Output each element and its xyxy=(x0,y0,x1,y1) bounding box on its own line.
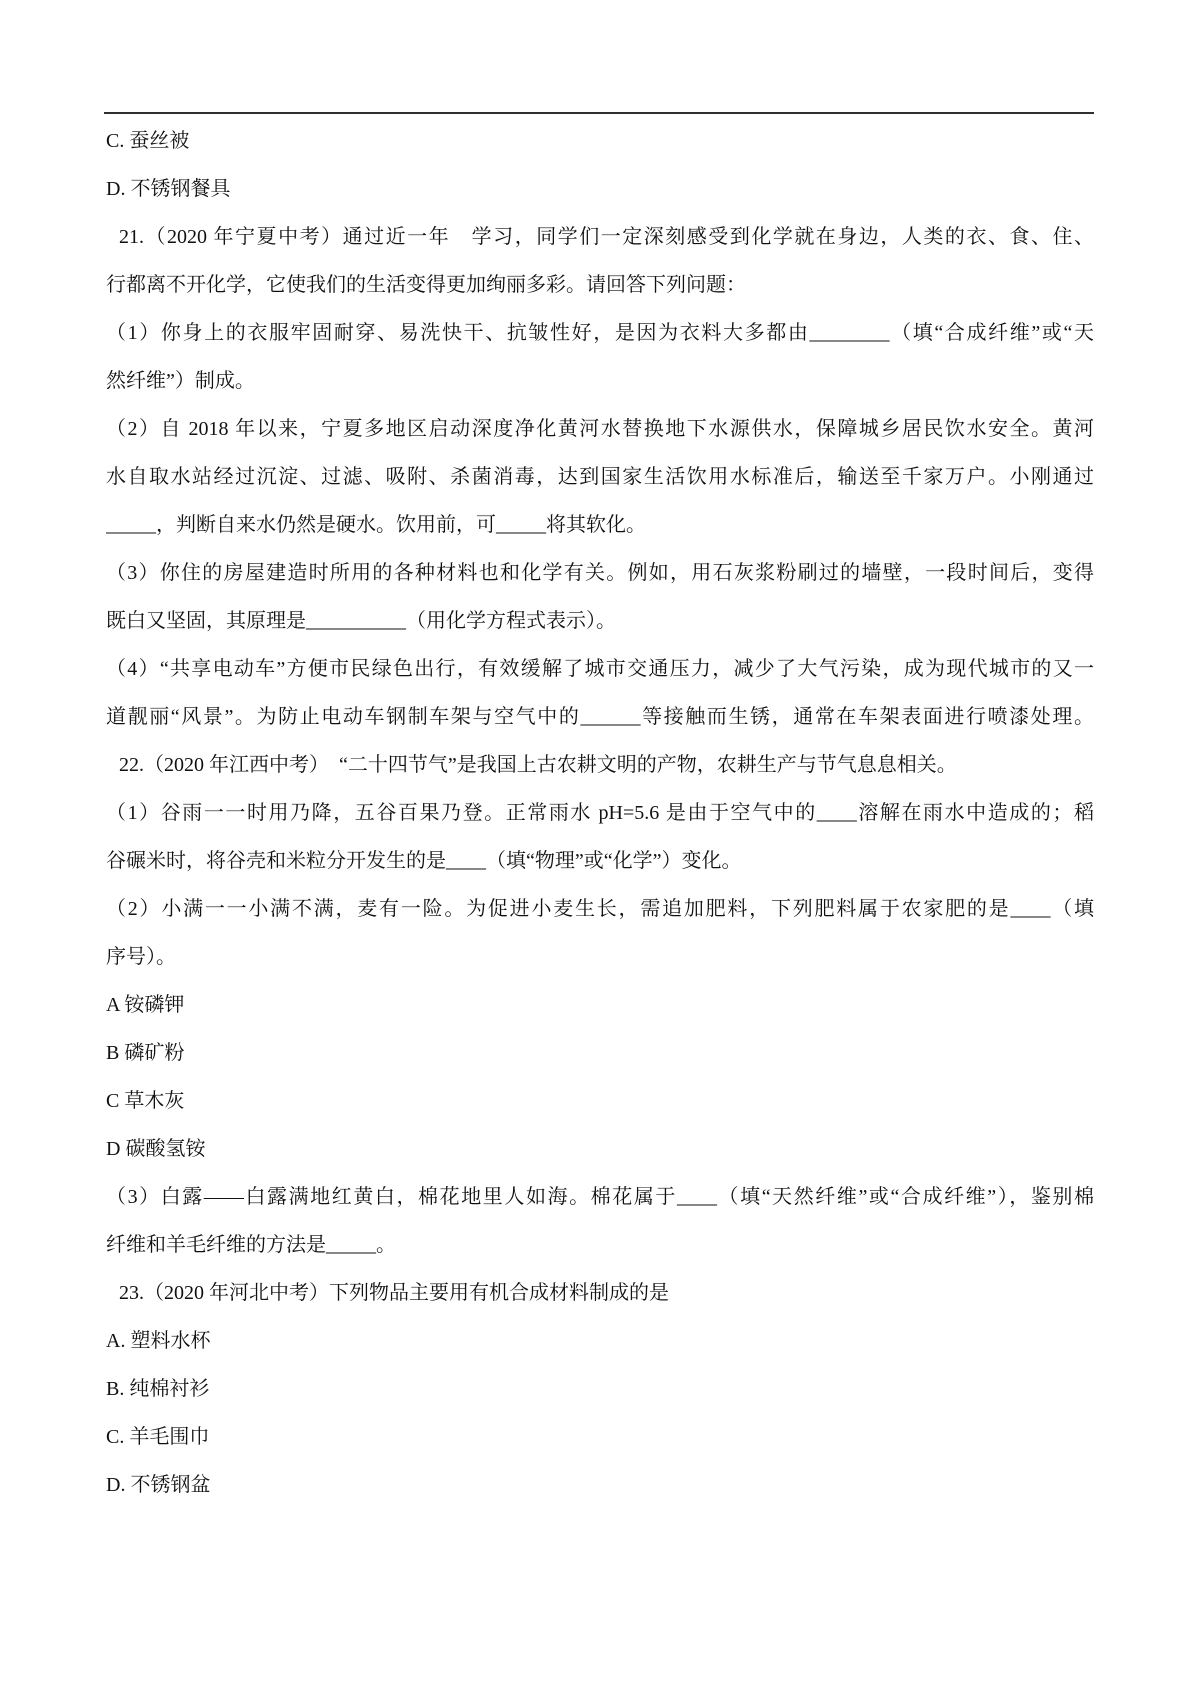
option-c-fertilizer: C 草木灰 xyxy=(106,1077,1094,1125)
question-21-line-2: 行都离不开化学，它使我们的生活变得更加绚丽多彩。请回答下列问题： xyxy=(106,261,1094,309)
exam-document-page: C. 蚕丝被 D. 不锈钢餐具 21.（2020 年宁夏中考）通过近一年 学习，… xyxy=(0,0,1200,1698)
option-a-fertilizer: A 铵磷钾 xyxy=(106,981,1094,1029)
option-b-cotton-shirt: B. 纯棉衬衫 xyxy=(106,1365,1094,1413)
document-content: C. 蚕丝被 D. 不锈钢餐具 21.（2020 年宁夏中考）通过近一年 学习，… xyxy=(106,117,1094,1509)
question-22-part2-line-2: 序号）。 xyxy=(106,933,1094,981)
question-21-part1-line-1: （1）你身上的衣服牢固耐穿、易洗快干、抗皱性好，是因为衣料大多都由_______… xyxy=(106,309,1094,357)
question-22-part3-line-1: （3）白露——白露满地红黄白，棉花地里人如海。棉花属于____（填“天然纤维”或… xyxy=(106,1173,1094,1221)
question-21-part2-line-3: _____，判断自来水仍然是硬水。饮用前，可_____将其软化。 xyxy=(106,501,1094,549)
header-rule xyxy=(104,112,1094,114)
option-c-wool-scarf: C. 羊毛围巾 xyxy=(106,1413,1094,1461)
question-21-part4-line-1: （4）“共享电动车”方便市民绿色出行，有效缓解了城市交通压力，减少了大气污染，成… xyxy=(106,645,1094,693)
question-22-intro: 22.（2020 年江西中考） “二十四节气”是我国上古农耕文明的产物，农耕生产… xyxy=(106,741,1094,789)
question-22-part1-line-1: （1）谷雨一一时用乃降，五谷百果乃登。正常雨水 pH=5.6 是由于空气中的__… xyxy=(106,789,1094,837)
question-21-part2-line-1: （2）自 2018 年以来，宁夏多地区启动深度净化黄河水替换地下水源供水，保障城… xyxy=(106,405,1094,453)
option-d-stainless-basin: D. 不锈钢盆 xyxy=(106,1461,1094,1509)
question-21-part1-line-2: 然纤维”）制成。 xyxy=(106,357,1094,405)
question-22-part2-line-1: （2）小满一一小满不满，麦有一险。为促进小麦生长，需追加肥料，下列肥料属于农家肥… xyxy=(106,885,1094,933)
question-23-intro: 23.（2020 年河北中考）下列物品主要用有机合成材料制成的是 xyxy=(106,1269,1094,1317)
question-22-part3-line-2: 纤维和羊毛纤维的方法是_____。 xyxy=(106,1221,1094,1269)
question-22-part1-line-2: 谷碾米时，将谷壳和米粒分开发生的是____（填“物理”或“化学”）变化。 xyxy=(106,837,1094,885)
option-d-fertilizer: D 碳酸氢铵 xyxy=(106,1125,1094,1173)
question-21-part3-line-1: （3）你住的房屋建造时所用的各种材料也和化学有关。例如，用石灰浆粉刷过的墙壁，一… xyxy=(106,549,1094,597)
option-b-fertilizer: B 磷矿粉 xyxy=(106,1029,1094,1077)
question-21-line-1: 21.（2020 年宁夏中考）通过近一年 学习，同学们一定深刻感受到化学就在身边… xyxy=(106,213,1094,261)
question-21-part2-line-2: 水自取水站经过沉淀、过滤、吸附、杀菌消毒，达到国家生活饮用水标准后，输送至千家万… xyxy=(106,453,1094,501)
option-c-silk-quilt: C. 蚕丝被 xyxy=(106,117,1094,165)
question-21-part3-line-2: 既白又坚固，其原理是__________（用化学方程式表示）。 xyxy=(106,597,1094,645)
option-a-plastic-cup: A. 塑料水杯 xyxy=(106,1317,1094,1365)
question-21-part4-line-2: 道靓丽“风景”。为防止电动车钢制车架与空气中的______等接触而生锈，通常在车… xyxy=(106,693,1094,741)
option-d-stainless-tableware: D. 不锈钢餐具 xyxy=(106,165,1094,213)
